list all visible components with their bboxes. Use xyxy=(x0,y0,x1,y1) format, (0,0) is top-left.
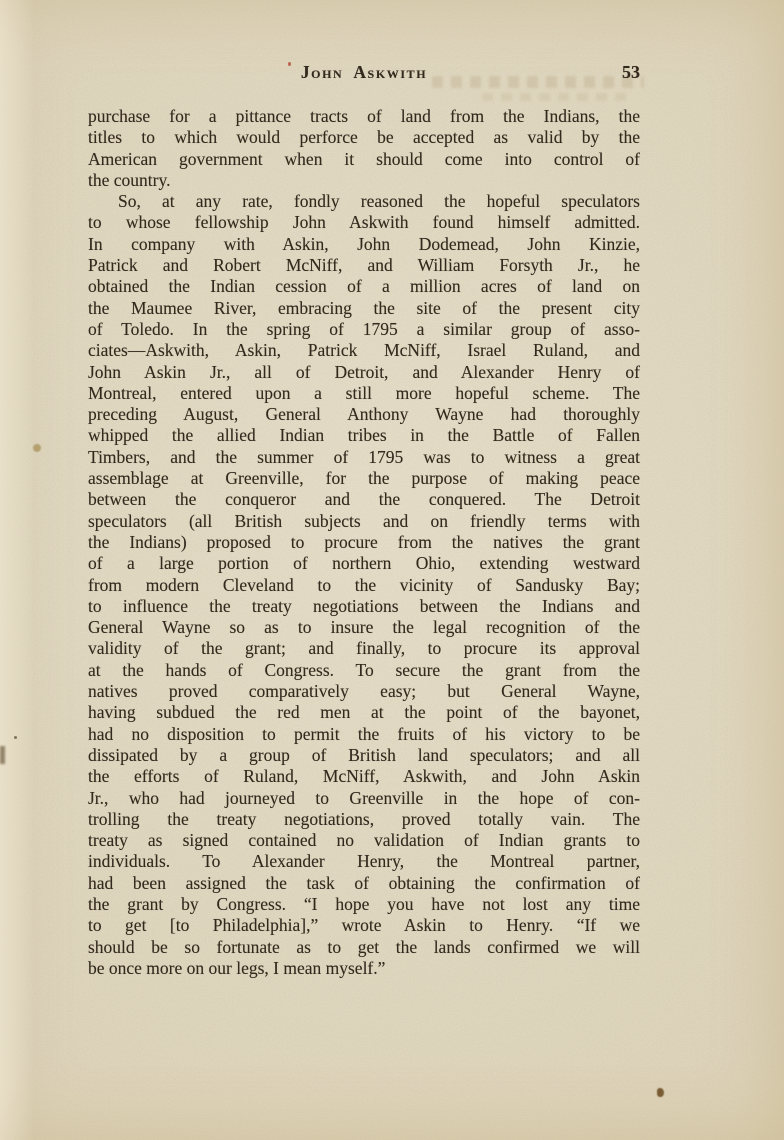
paper-speck xyxy=(33,444,41,452)
page-number: 53 xyxy=(622,62,640,83)
text-line: American government when it should come … xyxy=(88,149,640,170)
text-line: natives proved comparatively easy; but G… xyxy=(88,681,640,702)
text-line: In company with Askin, John Dodemead, Jo… xyxy=(88,234,640,255)
text-line: individuals. To Alexander Henry, the Mon… xyxy=(88,851,640,872)
text-line: had been assigned the task of obtaining … xyxy=(88,873,640,894)
text-line: trolling the treaty negotiations, proved… xyxy=(88,809,640,830)
text-line: the grant by Congress. “I hope you have … xyxy=(88,894,640,915)
running-header-title: John Askwith xyxy=(301,62,427,83)
text-line: assemblage at Greenville, for the purpos… xyxy=(88,468,640,489)
text-line: to get [to Philadelphia],” wrote Askin t… xyxy=(88,915,640,936)
text-line: whipped the allied Indian tribes in the … xyxy=(88,425,640,446)
text-line: the Maumee River, embracing the site of … xyxy=(88,298,640,319)
text-line: So, at any rate, fondly reasoned the hop… xyxy=(88,191,640,212)
text-line: dissipated by a group of British land sp… xyxy=(88,745,640,766)
text-line: Jr., who had journeyed to Greenville in … xyxy=(88,788,640,809)
paper-speck xyxy=(14,736,17,739)
text-line: of Toledo. In the spring of 1795 a simil… xyxy=(88,319,640,340)
text-line: to influence the treaty negotiations bet… xyxy=(88,596,640,617)
text-line: at the hands of Congress. To secure the … xyxy=(88,660,640,681)
show-through-smudge xyxy=(482,93,630,101)
text-line: General Wayne so as to insure the legal … xyxy=(88,617,640,638)
text-line: between the conqueror and the conquered.… xyxy=(88,489,640,510)
page-body-text: purchase for a pittance tracts of land f… xyxy=(88,106,640,979)
text-line: speculators (all British subjects and on… xyxy=(88,511,640,532)
text-line: John Askin Jr., all of Detroit, and Alex… xyxy=(88,362,640,383)
text-line: preceding August, General Anthony Wayne … xyxy=(88,404,640,425)
text-line: Patrick and Robert McNiff, and William F… xyxy=(88,255,640,276)
text-line: had no disposition to permit the fruits … xyxy=(88,724,640,745)
text-line: validity of the grant; and finally, to p… xyxy=(88,638,640,659)
text-line: be once more on our legs, I mean myself.… xyxy=(88,958,640,979)
page-edge-mark xyxy=(0,746,5,764)
paragraph: So, at any rate, fondly reasoned the hop… xyxy=(88,191,640,979)
text-line: Timbers, and the summer of 1795 was to w… xyxy=(88,447,640,468)
text-line: of a large portion of northern Ohio, ext… xyxy=(88,553,640,574)
text-line: the Indians) proposed to procure from th… xyxy=(88,532,640,553)
text-line: from modern Cleveland to the vicinity of… xyxy=(88,575,640,596)
text-line: to whose fellowship John Askwith found h… xyxy=(88,212,640,233)
text-line: ciates—Askwith, Askin, Patrick McNiff, I… xyxy=(88,340,640,361)
running-header: John Askwith 53 xyxy=(88,62,640,88)
text-line: titles to which would perforce be accept… xyxy=(88,127,640,148)
text-line: the efforts of Ruland, McNiff, Askwith, … xyxy=(88,766,640,787)
text-line: the country. xyxy=(88,170,640,191)
text-line: should be so fortunate as to get the lan… xyxy=(88,937,640,958)
text-line: purchase for a pittance tracts of land f… xyxy=(88,106,640,127)
paragraph: purchase for a pittance tracts of land f… xyxy=(88,106,640,191)
text-line: having subdued the red men at the point … xyxy=(88,702,640,723)
text-line: obtained the Indian cession of a million… xyxy=(88,276,640,297)
text-line: Montreal, entered upon a still more hope… xyxy=(88,383,640,404)
text-line: treaty as signed contained no validation… xyxy=(88,830,640,851)
paper-speck xyxy=(657,1088,664,1097)
book-page: John Askwith 53 purchase for a pittance … xyxy=(0,0,784,1140)
